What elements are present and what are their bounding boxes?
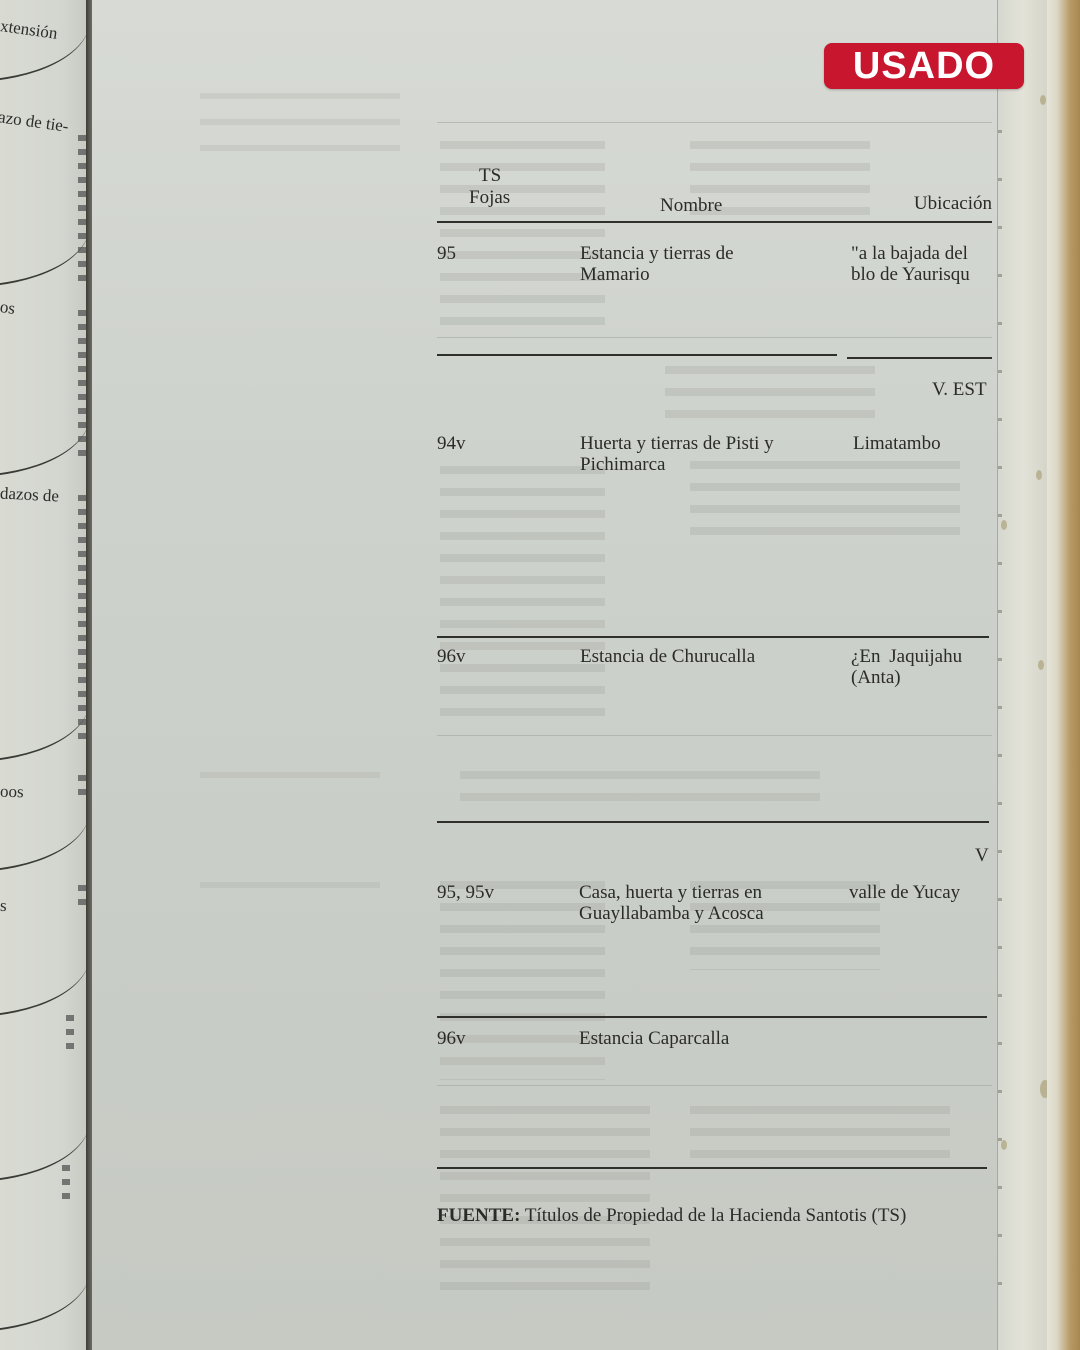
row-rule — [437, 1016, 987, 1018]
cell-ubicacion-line: Limatambo — [853, 433, 996, 454]
source-label: FUENTE: — [437, 1205, 520, 1226]
cell-nombre-line: Estancia Caparcalla — [579, 1028, 814, 1049]
table-bottom-rule — [437, 1167, 987, 1169]
cell-fojas: 96v — [437, 1028, 577, 1049]
cell-ubicacion-line: ¿En Jaquijahu — [851, 646, 994, 667]
cell-ubicacion-line: (Anta) — [851, 667, 994, 688]
cell-nombre-line: Casa, huerta y tierras en — [579, 882, 814, 903]
left-page-column-text — [78, 775, 86, 795]
cell-ubicacion: valle de Yucay — [849, 882, 992, 903]
left-page-column-text — [78, 310, 86, 460]
table-rule-curve — [0, 1270, 88, 1332]
left-page-column-text — [78, 495, 86, 745]
table-header: TS Fojas Nombre Ubicación — [437, 165, 992, 221]
cell-nombre: Casa, huerta y tierras en Guayllabamba y… — [579, 882, 814, 924]
bleed-through-rule — [437, 1085, 992, 1086]
cell-nombre: Estancia de Churucalla — [580, 646, 815, 667]
cell-fojas: 96v — [437, 646, 577, 667]
left-page-text-fragment: oos — [0, 782, 24, 803]
header-ts-fojas: TS Fojas — [437, 165, 577, 209]
cell-ubicacion: "a la bajada del blo de Yaurisqu — [851, 243, 994, 285]
cell-ubicacion: ¿En Jaquijahu (Anta) — [851, 646, 994, 688]
header-rule — [437, 221, 992, 223]
cell-ubicacion-line: "a la bajada del — [851, 243, 994, 264]
left-page-text-fragment: s — [0, 896, 7, 916]
table-surface — [1047, 0, 1080, 1350]
table-rule-curve — [0, 810, 88, 872]
row-rule — [437, 821, 989, 823]
cell-nombre-line: Huerta y tierras de Pisti y — [580, 433, 820, 454]
cell-nombre: Estancia Caparcalla — [579, 1028, 814, 1049]
cell-nombre-line: Mamario — [580, 264, 815, 285]
table-rule-curve — [0, 225, 88, 287]
cell-fojas: 95, 95v — [437, 882, 577, 903]
cell-nombre-line: Guayllabamba y Acosca — [579, 903, 814, 924]
left-page-column-text — [66, 1015, 74, 1055]
left-page-text-fragment: os — [0, 297, 16, 319]
bleed-through-rule — [437, 122, 992, 123]
cell-nombre: Estancia y tierras de Mamario — [580, 243, 815, 285]
header-ubicacion: Ubicación — [849, 193, 992, 215]
left-page-text-fragment: dazos de — [0, 483, 59, 506]
left-page-column-text — [78, 885, 86, 905]
left-page-column-text — [62, 1165, 70, 1205]
table-rule-curve — [0, 700, 88, 762]
cell-nombre: Huerta y tierras de Pisti y Pichimarca — [580, 433, 820, 475]
header-fojas: Fojas — [437, 187, 577, 209]
cell-nombre-line: Estancia de Churucalla — [580, 646, 815, 667]
row-rule — [437, 354, 837, 356]
left-facing-page: xtensión azo de tie- os dazos de oos s — [0, 0, 88, 1350]
cell-ubicacion: Limatambo — [853, 433, 996, 454]
section-mark: V. EST — [932, 379, 987, 401]
cell-ubicacion-line: valle de Yucay — [849, 882, 992, 903]
header-nombre: Nombre — [580, 195, 895, 217]
cell-fojas: 95 — [437, 243, 577, 264]
cell-nombre-line: Pichimarca — [580, 454, 820, 475]
source-note: FUENTE: Títulos de Propiedad de la Hacie… — [437, 1205, 906, 1227]
cell-fojas: 94v — [437, 433, 577, 454]
source-text: Títulos de Propiedad de la Hacienda Sant… — [525, 1205, 907, 1226]
properties-table: TS Fojas Nombre Ubicación 95 Estancia y … — [437, 165, 992, 221]
left-page-column-text — [78, 135, 86, 285]
table-rule-curve — [0, 955, 88, 1017]
row-rule — [847, 357, 992, 359]
used-sticker-badge: USADO — [824, 43, 1024, 89]
bleed-through-rule — [437, 337, 992, 338]
table-rule-curve — [0, 415, 88, 477]
row-rule — [437, 636, 989, 638]
cell-nombre-line: Estancia y tierras de — [580, 243, 815, 264]
section-mark: V — [975, 845, 989, 867]
cell-ubicacion-line: blo de Yaurisqu — [851, 264, 994, 285]
table-rule-curve — [0, 1120, 88, 1182]
page-edge — [997, 0, 1048, 1350]
left-page-text-fragment: azo de tie- — [0, 107, 70, 137]
bleed-through-rule — [437, 735, 992, 736]
header-ts: TS — [437, 165, 577, 187]
